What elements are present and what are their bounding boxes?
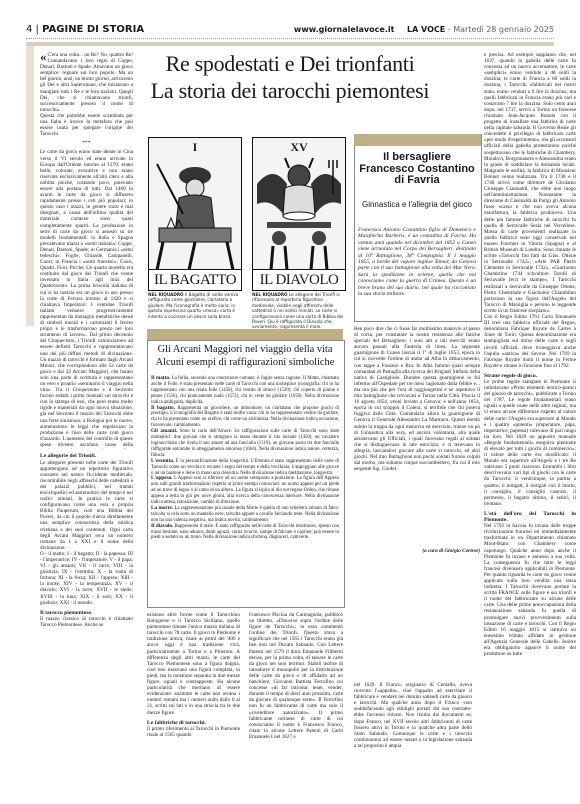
website-link[interactable]: www.giornalelavoce.it bbox=[294, 25, 395, 34]
arcana-entry: Gli amanti. Sono la carta dell'Amore. Le… bbox=[151, 429, 339, 459]
far-right-text-b: Con il Regio Editto 1761 Carlo Emanuele … bbox=[484, 314, 576, 369]
entry-text: L'Appeso non si riferisce ad un uomo sot… bbox=[151, 476, 339, 505]
separator: | bbox=[32, 24, 42, 35]
quote-mark-icon: « bbox=[40, 52, 47, 61]
caption-label: NEL RIQUADRO bbox=[148, 292, 184, 297]
section-label: 4 | PAGINE DI STORIA bbox=[26, 24, 144, 35]
sidebar-box-text: Francesco Antonio Costantino figlio di D… bbox=[358, 227, 476, 297]
header-band bbox=[26, 42, 554, 46]
publication-name: LA VOCE bbox=[407, 25, 445, 34]
arcana-entry: L'eremita. È la personificazione della l… bbox=[151, 459, 339, 477]
card-numeral: I bbox=[149, 140, 241, 155]
far-right-column: e precisa. Ad esempio sappiamo che, nel … bbox=[484, 52, 576, 800]
intro-paragraph-2: Questa che potrebbe essere scambiata per… bbox=[40, 113, 133, 137]
arcana-title-line-2: Alcuni esempi di raffigurazioni simbolic… bbox=[147, 356, 343, 369]
arcana-title-line-1: Gli Arcani Maggiori nel viaggio della vi… bbox=[147, 343, 343, 356]
entry-text: È la personificazione della longevità. L… bbox=[151, 459, 339, 476]
right-column-bersagliere: Ben poco dire che ci fosse far moltissim… bbox=[354, 326, 480, 548]
entry-term: Il matto. bbox=[151, 375, 170, 381]
headline-line-1: Re spodestati e Dei trionfanti bbox=[140, 50, 440, 77]
card-name: IL DIAVOLO bbox=[253, 269, 345, 290]
arcana-box-band bbox=[147, 329, 343, 340]
signature: (a cura di Giorgio Cortese) bbox=[354, 548, 480, 554]
arcana-entry: La morte. La rappresentazione più usuale… bbox=[151, 506, 339, 524]
far-right-text: e precisa. Ad esempio sappiamo che, nel … bbox=[484, 52, 576, 314]
entry-term: La morte. bbox=[151, 505, 173, 511]
regole-text: Le prime regole stampate in Piemonte si … bbox=[484, 379, 576, 507]
center-col1-text: esistono altre forme come il Tarocchino … bbox=[147, 612, 240, 716]
intro-paragraph: «C'era una volta... un Re? No, quattro R… bbox=[40, 52, 133, 113]
entry-text: Rappresenta un giocoliere, un imbonitore… bbox=[151, 406, 339, 429]
section-title: PAGINE DI STORIA bbox=[42, 24, 144, 35]
entry-text: Rappresenta il male. È stato raffigurato… bbox=[151, 524, 339, 541]
page-header: 4 | PAGINE DI STORIA www.giornalelavoce.… bbox=[26, 24, 554, 39]
entry-term: Il diavolo. bbox=[151, 523, 173, 529]
headline: Re spodestati e Dei trionfanti La storia… bbox=[140, 50, 440, 104]
arcana-entries: Il matto. La follia, secondo una concezi… bbox=[151, 376, 339, 541]
bersagliere-diary-text: Ben poco dire che ci fosse far moltissim… bbox=[354, 326, 480, 472]
center-column-2: Francesco Piscina da Carmagnola, pubblic… bbox=[249, 612, 343, 740]
section-separator: *** bbox=[40, 140, 133, 146]
arcana-entry: Il matto. La follia, secondo una concezi… bbox=[151, 376, 339, 406]
arcana-list: O - il matto; I - il bagatto; II - la pa… bbox=[40, 551, 133, 606]
sidebar-box-title: Il bersagliere Francesco Costantino di F… bbox=[356, 152, 478, 187]
sidebar-box-subtitle: Ginnastica e l'allegria del gioco bbox=[356, 200, 478, 210]
caption-label: NEL RIQUADRO bbox=[252, 292, 288, 297]
body-text: Le carte da gioco erano state ideate in … bbox=[40, 149, 133, 449]
entry-text: Sono la carta dell'Amore. Le raffigurazi… bbox=[151, 429, 339, 458]
entry-term: Gli amanti. bbox=[151, 428, 177, 434]
right-column-2: nel 1629. Il Franco, originario di Centa… bbox=[354, 682, 472, 749]
card-numeral: XV bbox=[253, 140, 345, 155]
publication-date: - Martedì 28 gennaio 2025 bbox=[448, 25, 554, 34]
entry-term: L'appeso. bbox=[151, 475, 172, 481]
sidebar-box-band bbox=[354, 134, 481, 146]
card-caption-bagatto: NEL RIQUADRO Il Bagatto di solito veniva… bbox=[148, 292, 242, 319]
subheading-eta-oro: L'età dell'oro dei Tarocchi in Piemonte. bbox=[484, 511, 576, 523]
entry-text: La follia, secondo una concezione comune… bbox=[151, 376, 339, 405]
entry-text: La rappresentazione più usuale della Mor… bbox=[151, 506, 339, 523]
arcana-entry: L'appeso. L'Appeso non si riferisce ad u… bbox=[151, 476, 339, 506]
bagatto-illustration-icon bbox=[149, 154, 241, 272]
arcana-box-title: Gli Arcani Maggiori nel viaggio della vi… bbox=[147, 343, 343, 369]
card-caption-diavolo: NEL RIQUADRO Le allegorie dei Trionfi si… bbox=[252, 292, 346, 330]
fabbriche-text: Il primo riferimento ai Tarocchi in Piem… bbox=[147, 726, 240, 738]
diavolo-illustration-icon bbox=[253, 154, 345, 272]
center-column-1: esistono altre forme come il Tarocchino … bbox=[147, 612, 240, 738]
arcana-entry: Il diavolo. Rappresenta il male. È stato… bbox=[151, 524, 339, 542]
entry-term: Il bagatto. bbox=[151, 405, 175, 411]
caption-text: Le allegorie dei Trionfi si rifacevano a… bbox=[252, 292, 343, 329]
allegorie-text: Le allegorie presenti nelle carte dei Tr… bbox=[40, 460, 133, 551]
card-name: IL BAGATTO bbox=[149, 269, 241, 290]
left-column: «C'era una volta... un Re? No, quattro R… bbox=[40, 52, 133, 628]
tarocco-piemontese-text: Il mazzo classico di tarocchi è chiamato… bbox=[40, 616, 133, 628]
right-col-b-text: nel 1629. Il Franco, originario di Centa… bbox=[354, 682, 472, 749]
masthead-info: www.giornalelavoce.it LA VOCE - Martedì … bbox=[294, 25, 554, 34]
tarot-card-bagatto: I IL BAGATTO bbox=[148, 137, 242, 291]
left-margin-band bbox=[26, 46, 34, 326]
headline-line-2: La storia dei tarocchi piemontesi bbox=[140, 77, 440, 104]
eta-oro-text: Nel 1792 la Savoia fu invasa dalle trupp… bbox=[484, 523, 576, 657]
entry-term: L'eremita. bbox=[151, 458, 174, 464]
center-col2-text: Francesco Piscina da Carmagnola, pubblic… bbox=[249, 612, 343, 740]
tarot-card-diavolo: XV IL DIAVOLO bbox=[252, 137, 346, 291]
arcana-entry: Il bagatto. Rappresenta un giocoliere, u… bbox=[151, 406, 339, 430]
